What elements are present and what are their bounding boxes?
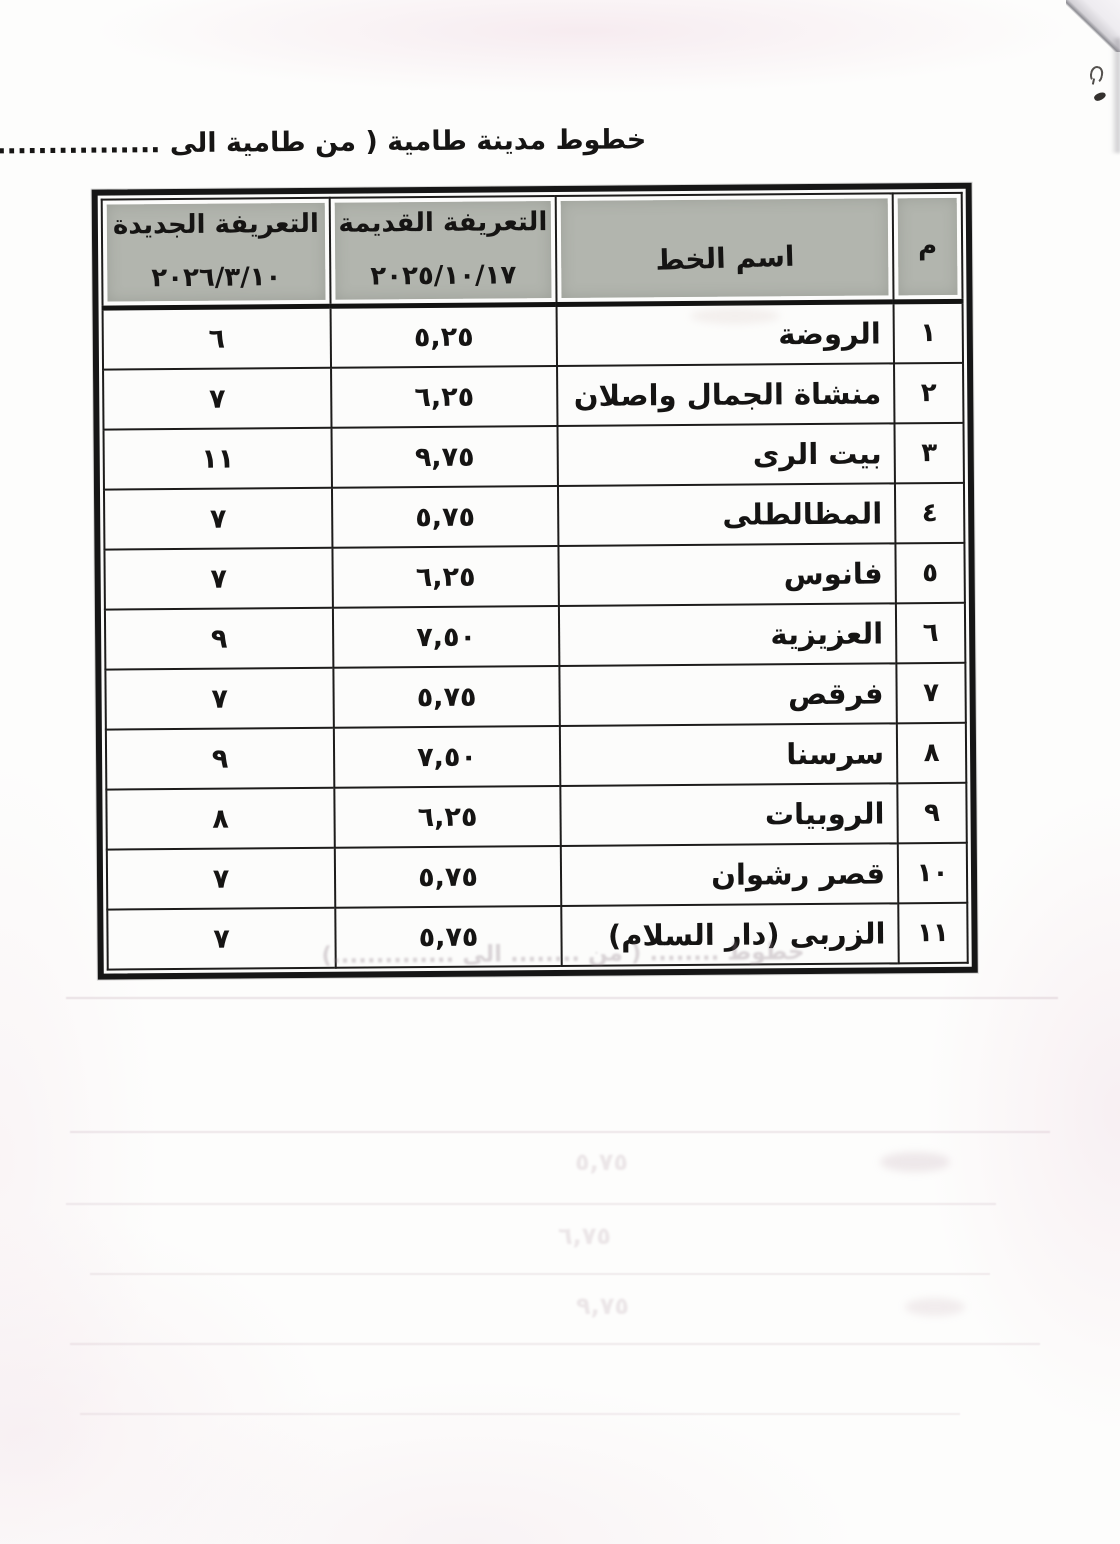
bleed-through-title: خطوط ........ ( من ........ الى ........… (391, 939, 805, 974)
cell-index: ٩ (897, 783, 966, 844)
bleed-through-line (80, 1413, 960, 1415)
bleed-through-smudge (905, 1298, 965, 1316)
cell-index: ٣ (894, 423, 963, 484)
col-header-new-tariff: التعريفة الجديدة ٢٠٢٦/٣/١٠ (102, 198, 331, 308)
col-header-index: م (893, 193, 963, 302)
cell-line-name: العزيزية (559, 603, 896, 666)
cell-new-tariff: ٧ (103, 368, 331, 430)
col-header-line-name-label: اسم الخط (654, 219, 795, 277)
cell-old-tariff: ٥,٧٥ (332, 486, 558, 548)
cell-line-name: منشاة الجمال واصلان (557, 363, 894, 426)
tariff-table: م اسم الخط التعريفة القديمة ٢٠٢٥/١٠/١٧ (101, 192, 969, 971)
cell-index: ٢ (894, 363, 963, 424)
table-row: ٦العزيزية٧,٥٠٩ (105, 603, 965, 670)
page-title: خطوط مدينة طامية ( من طامية الى ........… (0, 124, 646, 160)
bleed-through-line (90, 1273, 990, 1275)
cell-index: ٥ (895, 543, 964, 604)
cell-index: ١١ (898, 903, 967, 964)
new-tariff-label: التعريفة الجديدة (113, 203, 319, 242)
cell-new-tariff: ٩ (105, 608, 333, 670)
cell-old-tariff: ٩,٧٥ (332, 426, 558, 488)
cell-index: ٤ (895, 483, 964, 544)
cell-old-tariff: ٥,٧٥ (335, 846, 561, 908)
cell-old-tariff: ٧,٥٠ (334, 726, 560, 788)
tariff-table-frame: م اسم الخط التعريفة القديمة ٢٠٢٥/١٠/١٧ (92, 183, 978, 980)
table-row: ٨سرسنا٧,٥٠٩ (106, 723, 966, 790)
cell-line-name: فانوس (558, 543, 895, 606)
cell-index: ١٠ (898, 843, 967, 904)
table-row: ٩الروبيات٦,٢٥٨ (106, 783, 966, 850)
cell-new-tariff: ٧ (104, 548, 332, 610)
cell-index: ٦ (896, 603, 965, 664)
scanned-document-page: خطوط مدينة طامية ( من طامية الى ........… (0, 0, 1120, 1544)
old-tariff-label: التعريفة القديمة (338, 201, 547, 240)
table-body: ١الروضة٥,٢٥٦٢منشاة الجمال واصلان٦,٢٥٧٣بي… (103, 301, 968, 969)
cell-line-name: المظالطلى (558, 483, 895, 546)
cell-line-name: بيت الرى (557, 423, 894, 486)
table-row: ٢منشاة الجمال واصلان٦,٢٥٧ (103, 363, 963, 430)
cell-new-tariff: ٨ (106, 788, 334, 850)
table-header: م اسم الخط التعريفة القديمة ٢٠٢٥/١٠/١٧ (102, 193, 963, 308)
cell-line-name: قصر رشوان (561, 843, 898, 906)
table-row: ٤المظالطلى٥,٧٥٧ (104, 483, 964, 550)
cell-index: ٧ (896, 663, 965, 724)
bleed-through-number: ٩,٧٥ (576, 1292, 629, 1320)
bleed-through-smudge (690, 308, 780, 324)
cell-index: ٨ (897, 723, 966, 784)
cell-old-tariff: ٦,٢٥ (331, 366, 557, 428)
header-row: م اسم الخط التعريفة القديمة ٢٠٢٥/١٠/١٧ (102, 193, 963, 308)
cell-old-tariff: ٥,٧٥ (333, 666, 559, 728)
old-tariff-date: ٢٠٢٥/١٠/١٧ (370, 260, 516, 299)
cell-new-tariff: ١١ (104, 428, 332, 490)
cell-new-tariff: ٦ (103, 306, 331, 369)
cell-new-tariff: ٧ (105, 668, 333, 730)
cell-new-tariff: ٧ (107, 848, 335, 910)
cell-old-tariff: ٥,٢٥ (331, 305, 557, 368)
bleed-through-line (66, 1203, 996, 1205)
bleed-through-number: ٦,٧٥ (558, 1222, 611, 1250)
table-row: ٧فرقص٥,٧٥٧ (105, 663, 965, 730)
cell-new-tariff: ٧ (107, 908, 335, 970)
cell-old-tariff: ٧,٥٠ (333, 606, 559, 668)
cell-line-name: الروبيات (560, 783, 897, 846)
cell-line-name: فرقص (559, 663, 896, 726)
bleed-through-smudge (880, 1152, 950, 1172)
col-header-line-name: اسم الخط (556, 193, 894, 304)
table-row: ٣بيت الرى٩,٧٥١١ (104, 423, 964, 490)
right-edge-shadow (1111, 38, 1120, 153)
table-row: ١٠قصر رشوان٥,٧٥٧ (107, 843, 967, 910)
table-row: ١الروضة٥,٢٥٦ (103, 301, 963, 369)
cell-line-name: سرسنا (560, 723, 897, 786)
bleed-through-number: ٥,٧٥ (575, 1148, 628, 1176)
table-row: ٥فانوس٦,٢٥٧ (104, 543, 964, 610)
cell-old-tariff: ٦,٢٥ (332, 546, 558, 608)
bleed-through-line (66, 997, 1058, 999)
cell-index: ١ (894, 301, 963, 363)
col-header-old-tariff: التعريفة القديمة ٢٠٢٥/١٠/١٧ (330, 196, 557, 306)
col-header-index-label: م (918, 198, 938, 262)
new-tariff-date: ٢٠٢٦/٣/١٠ (151, 262, 281, 301)
bleed-through-line (70, 1131, 1050, 1133)
cell-new-tariff: ٧ (104, 488, 332, 550)
bleed-through-line (70, 1343, 1040, 1345)
cell-new-tariff: ٩ (106, 728, 334, 790)
cell-old-tariff: ٦,٢٥ (334, 786, 560, 848)
